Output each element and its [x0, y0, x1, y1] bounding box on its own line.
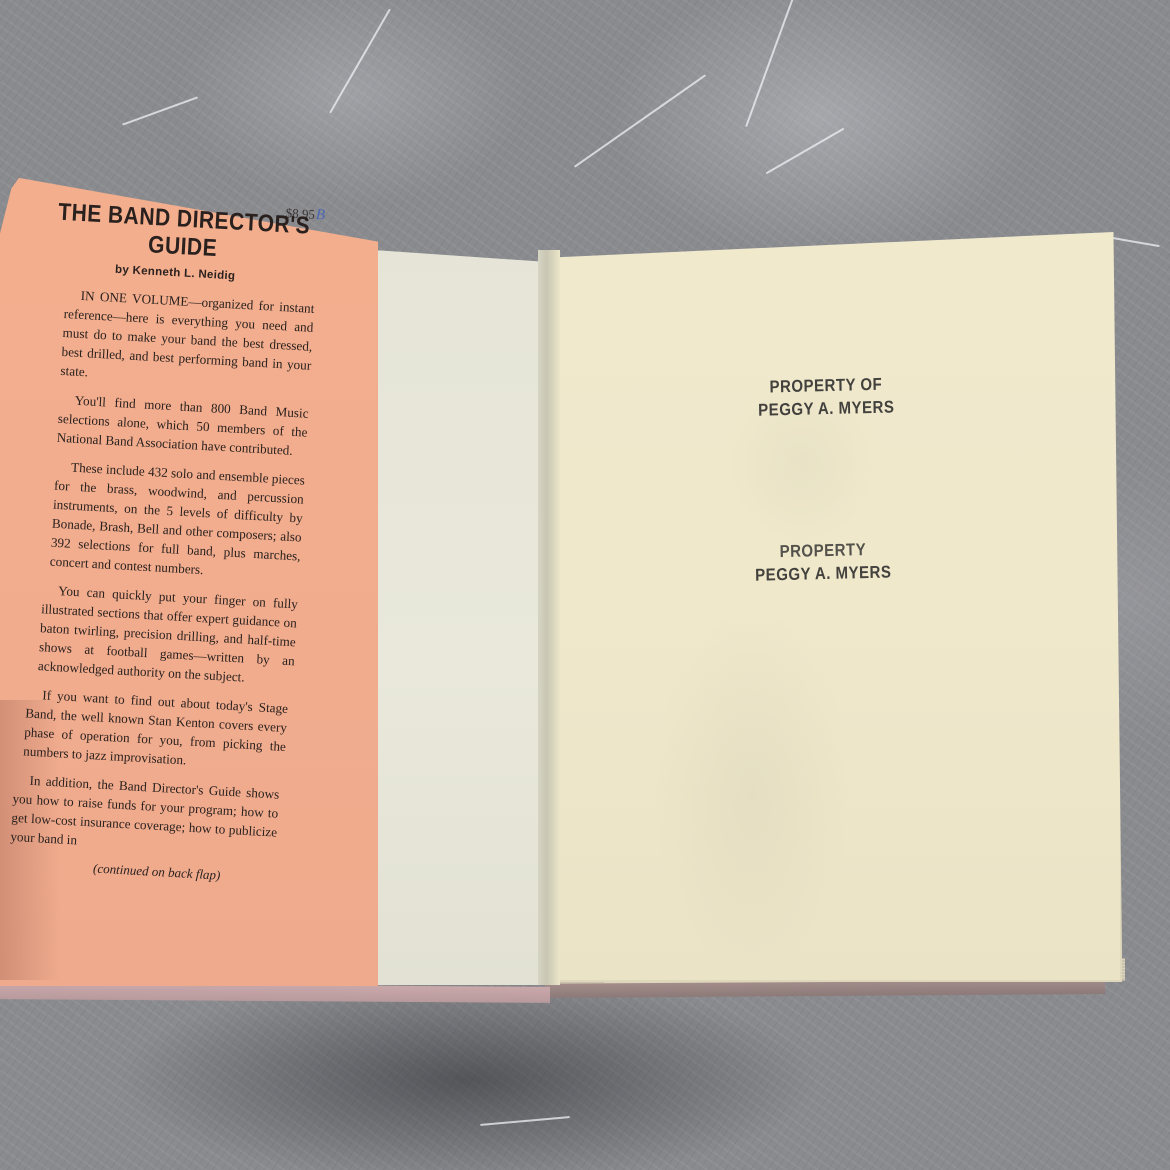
flap-paragraph: In addition, the Band Director's Guide s…	[10, 770, 280, 861]
flap-paragraph: You'll find more than 800 Band Music sel…	[56, 390, 309, 461]
flap-text-block: $8.95B THE BAND DIRECTOR'S GUIDE by Kenn…	[0, 200, 343, 888]
stamp-line: PEGGY A. MYERS	[755, 561, 892, 587]
stamp-line: PROPERTY OF	[758, 373, 895, 399]
book-title: THE BAND DIRECTOR'S GUIDE	[47, 198, 320, 268]
flap-paragraph: These include 432 solo and ensemble piec…	[49, 457, 305, 585]
open-book: PROPERTY OF PEGGY A. MYERS PROPERTY PEGG…	[0, 0, 1170, 1170]
flap-paragraph: You can quickly put your finger on fully…	[38, 580, 299, 689]
stamp-line: PROPERTY	[755, 538, 892, 564]
flap-paragraph: If you want to find out about today's St…	[23, 684, 289, 775]
book-gutter	[538, 250, 560, 985]
ownership-stamp: PROPERTY OF PEGGY A. MYERS	[758, 373, 895, 422]
ownership-stamp: PROPERTY PEGGY A. MYERS	[755, 538, 892, 587]
flap-paragraph: IN ONE VOLUME—organized for instant refe…	[60, 285, 315, 394]
stamp-line: PEGGY A. MYERS	[758, 396, 895, 422]
front-cover-edge	[0, 983, 550, 1003]
free-endpaper-page	[552, 232, 1122, 982]
